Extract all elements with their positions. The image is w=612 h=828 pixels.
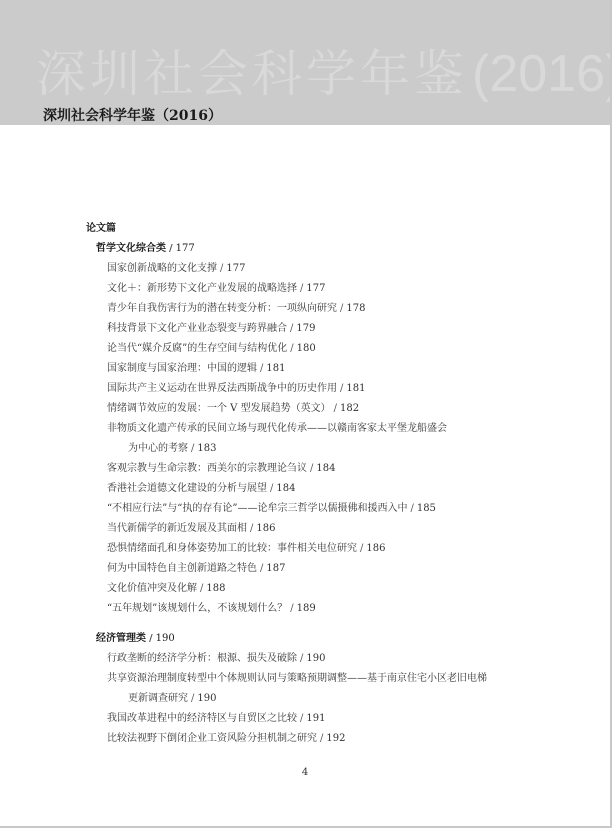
entry-title: 行政垄断的经济学分析：根源、损失及破除	[107, 653, 297, 664]
toc-entry[interactable]: 科技背景下文化产业业态裂变与跨界融合/179	[0, 319, 610, 339]
toc-entry[interactable]: 何为中国特色自主创新道路之特色/187	[0, 559, 610, 579]
page-ref: 181	[266, 363, 285, 374]
page-ref: 177	[176, 243, 195, 254]
page-ref: 184	[276, 483, 295, 494]
toc-entry[interactable]: 国际共产主义运动在世界反法西斯战争中的历史作用/181	[0, 379, 610, 399]
entry-title: 论当代“媒介反腐”的生存空间与结构优化	[107, 343, 287, 354]
entry-title-continuation: 为中心的考察	[128, 443, 188, 454]
entry-title: “不相应行法”与“执的存有论”——论牟宗三哲学以儒摄佛和援西入中	[107, 503, 407, 514]
separator: /	[360, 543, 363, 554]
entry-title: 国家创新战略的文化支撑	[107, 263, 217, 274]
page-ref: 192	[326, 733, 345, 744]
entry-title-continuation: 更新调查研究	[128, 693, 188, 704]
entry-title: 共享资源治理制度转型中个体规则认同与策略预期调整——基于南京住宅小区老旧电梯	[107, 673, 487, 684]
entry-title: 文化＋：新形势下文化产业发展的战略选择	[107, 283, 297, 294]
separator: /	[220, 263, 223, 274]
separator: /	[270, 483, 273, 494]
header-band: 深圳社会科学年鉴(2016) 深圳社会科学年鉴（2016）	[0, 0, 610, 125]
separator: /	[310, 463, 313, 474]
toc-entry[interactable]: 行政垄断的经济学分析：根源、损失及破除/190	[0, 649, 610, 669]
watermark-cjk: 深圳社会科学年鉴	[36, 45, 468, 103]
toc-entry[interactable]: 文化价值冲突及化解/188	[0, 579, 610, 599]
separator: /	[169, 243, 173, 254]
separator: /	[290, 323, 293, 334]
toc-entry[interactable]: 恐惧情绪面孔和身体姿势加工的比较：事件相关电位研究/186	[0, 539, 610, 559]
toc-entry-continuation[interactable]: 为中心的考察/183	[0, 439, 610, 459]
section-title: 哲学文化综合类	[96, 243, 166, 254]
toc-entry[interactable]: 文化＋：新形势下文化产业发展的战略选择/177	[0, 279, 610, 299]
watermark-year: (2016)	[472, 45, 610, 103]
entry-title: 我国改革进程中的经济特区与自贸区之比较	[107, 713, 297, 724]
toc-entry[interactable]: 青少年自我伤害行为的潜在转变分析：一项纵向研究/178	[0, 299, 610, 319]
toc-entry[interactable]: 当代新儒学的新近发展及其面相/186	[0, 519, 610, 539]
separator: /	[200, 583, 203, 594]
page-ref: 184	[316, 463, 335, 474]
entry-title: 当代新儒学的新近发展及其面相	[107, 523, 247, 534]
document-page: 深圳社会科学年鉴(2016) 深圳社会科学年鉴（2016） 论文篇 哲学文化综合…	[0, 0, 610, 826]
toc-entry-continuation[interactable]: 更新调查研究/190	[0, 689, 610, 709]
entry-title: 青少年自我伤害行为的潜在转变分析：一项纵向研究	[107, 303, 337, 314]
toc-part-title: 论文篇	[0, 219, 610, 239]
toc-entry[interactable]: “不相应行法”与“执的存有论”——论牟宗三哲学以儒摄佛和援西入中/185	[0, 499, 610, 519]
separator: /	[410, 503, 413, 514]
toc-entry[interactable]: 国家制度与国家治理：中国的逻辑/181	[0, 359, 610, 379]
table-of-contents: 论文篇 哲学文化综合类/177 国家创新战略的文化支撑/177 文化＋：新形势下…	[0, 219, 610, 749]
toc-entry[interactable]: 国家创新战略的文化支撑/177	[0, 259, 610, 279]
page-ref: 177	[226, 263, 245, 274]
entry-title: “五年规划”该规划什么，不该规划什么？	[107, 603, 287, 614]
page-ref: 178	[346, 303, 365, 314]
separator: /	[290, 343, 293, 354]
page-ref: 190	[306, 653, 325, 664]
toc-entry[interactable]: “五年规划”该规划什么，不该规划什么？/189	[0, 599, 610, 619]
toc-section-heading[interactable]: 哲学文化综合类/177	[0, 239, 610, 259]
separator: /	[320, 733, 323, 744]
page-number: 4	[0, 767, 610, 778]
toc-entry[interactable]: 香港社会道德文化建设的分析与展望/184	[0, 479, 610, 499]
page-ref: 191	[306, 713, 325, 724]
entry-title: 香港社会道德文化建设的分析与展望	[107, 483, 267, 494]
toc-entry[interactable]: 我国改革进程中的经济特区与自贸区之比较/191	[0, 709, 610, 729]
page-ref: 190	[156, 633, 175, 644]
separator: /	[340, 383, 343, 394]
page-ref: 189	[297, 603, 316, 614]
separator: /	[149, 633, 153, 644]
separator: /	[290, 603, 293, 614]
page-ref: 186	[256, 523, 275, 534]
page-ref: 187	[266, 563, 285, 574]
separator: /	[300, 653, 303, 664]
entry-title: 非物质文化遗产传承的民间立场与现代化传承——以赣南客家太平堡龙船盛会	[107, 423, 447, 434]
separator: /	[340, 303, 343, 314]
separator: /	[300, 713, 303, 724]
page-ref: 183	[197, 443, 216, 454]
separator: /	[191, 693, 194, 704]
entry-title: 恐惧情绪面孔和身体姿势加工的比较：事件相关电位研究	[107, 543, 357, 554]
page-ref: 185	[417, 503, 436, 514]
toc-entry[interactable]: 论当代“媒介反腐”的生存空间与结构优化/180	[0, 339, 610, 359]
header-watermark: 深圳社会科学年鉴(2016)	[36, 44, 610, 104]
entry-title: 国际共产主义运动在世界反法西斯战争中的历史作用	[107, 383, 337, 394]
separator: /	[250, 523, 253, 534]
entry-title: 何为中国特色自主创新道路之特色	[107, 563, 257, 574]
entry-title: 情绪调节效应的发展：一个 V 型发展趋势（英文）	[107, 403, 331, 414]
entry-title: 科技背景下文化产业业态裂变与跨界融合	[107, 323, 287, 334]
separator: /	[300, 283, 303, 294]
separator: /	[260, 363, 263, 374]
toc-section-heading[interactable]: 经济管理类/190	[0, 629, 610, 649]
section-title: 经济管理类	[96, 633, 146, 644]
page-ref: 186	[366, 543, 385, 554]
entry-title: 国家制度与国家治理：中国的逻辑	[107, 363, 257, 374]
section-gap	[0, 619, 610, 629]
running-title: 深圳社会科学年鉴（2016）	[43, 108, 222, 125]
page-ref: 180	[297, 343, 316, 354]
toc-entry[interactable]: 共享资源治理制度转型中个体规则认同与策略预期调整——基于南京住宅小区老旧电梯	[0, 669, 610, 689]
page-ref: 177	[306, 283, 325, 294]
separator: /	[191, 443, 194, 454]
toc-entry[interactable]: 客观宗教与生命宗教：西美尔的宗教理论刍议/184	[0, 459, 610, 479]
separator: /	[334, 403, 337, 414]
toc-entry[interactable]: 比较法视野下倒闭企业工资风险分担机制之研究/192	[0, 729, 610, 749]
page-ref: 190	[197, 693, 216, 704]
toc-entry[interactable]: 非物质文化遗产传承的民间立场与现代化传承——以赣南客家太平堡龙船盛会	[0, 419, 610, 439]
page-ref: 182	[340, 403, 359, 414]
separator: /	[260, 563, 263, 574]
entry-title: 客观宗教与生命宗教：西美尔的宗教理论刍议	[107, 463, 307, 474]
page-ref: 179	[296, 323, 315, 334]
page-ref: 181	[346, 383, 365, 394]
page-ref: 188	[206, 583, 225, 594]
toc-entry[interactable]: 情绪调节效应的发展：一个 V 型发展趋势（英文）/182	[0, 399, 610, 419]
entry-title: 比较法视野下倒闭企业工资风险分担机制之研究	[107, 733, 317, 744]
entry-title: 文化价值冲突及化解	[107, 583, 197, 594]
